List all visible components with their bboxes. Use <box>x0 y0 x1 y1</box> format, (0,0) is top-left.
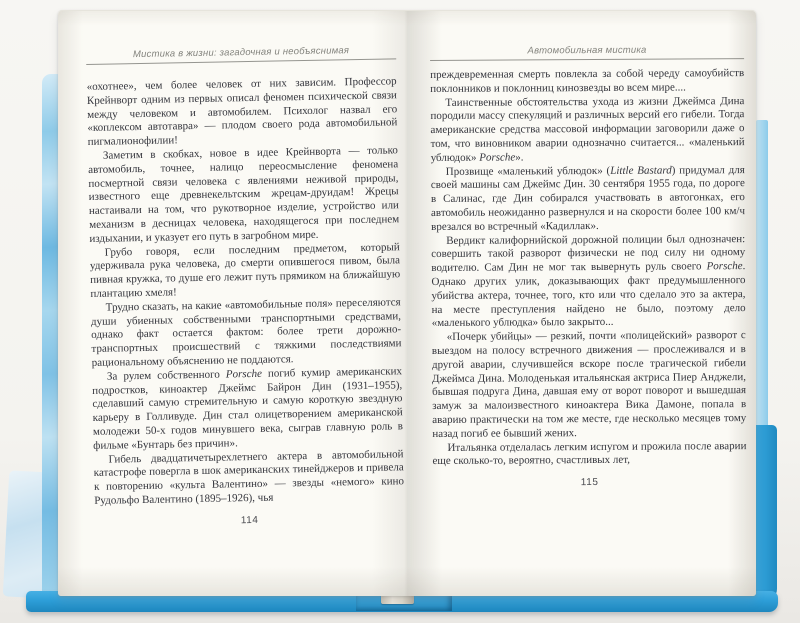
right-page-body: преждевременная смерть повлекла за собой… <box>430 67 746 469</box>
paragraph: «Почерк убийцы» — резкий, почти «полицей… <box>432 329 747 441</box>
left-page: Мистика в жизни: загадочная и необъясним… <box>86 44 405 528</box>
paragraph: Вердикт калифорнийской дорожной полиции … <box>431 233 746 331</box>
left-page-body: «охотнее», чем более человек от них зави… <box>87 75 405 508</box>
paragraph: Заметим в скобках, новое в идее Крейнвор… <box>88 144 400 246</box>
paragraph: За рулем собственного Porsche погиб куми… <box>92 365 403 453</box>
paragraph: Трудно сказать, на какие «автомобильные … <box>91 296 402 371</box>
paragraph: «охотнее», чем более человек от них зави… <box>87 75 398 150</box>
right-page-number: 115 <box>433 476 747 489</box>
paragraph: Гибель двадцатичетырехлетнего актера в а… <box>93 448 404 509</box>
paragraph: Таинственные обстоятельства ухода из жиз… <box>430 95 744 166</box>
paragraph: Грубо говоря, если последним предметом, … <box>90 241 401 302</box>
paragraph: Прозвище «маленький ублюдок» (Little Bas… <box>431 164 745 235</box>
book-cover-right-edge-top <box>756 120 768 440</box>
right-page: Автомобильная мистика преждевременная см… <box>430 44 747 489</box>
paragraph: преждевременная смерть повлекла за собой… <box>430 67 744 97</box>
right-running-head: Автомобильная мистика <box>430 44 744 61</box>
paragraph: Итальянка отделалась легким испугом и пр… <box>432 440 746 470</box>
book-photo: Мистика в жизни: загадочная и необъясним… <box>0 0 800 623</box>
